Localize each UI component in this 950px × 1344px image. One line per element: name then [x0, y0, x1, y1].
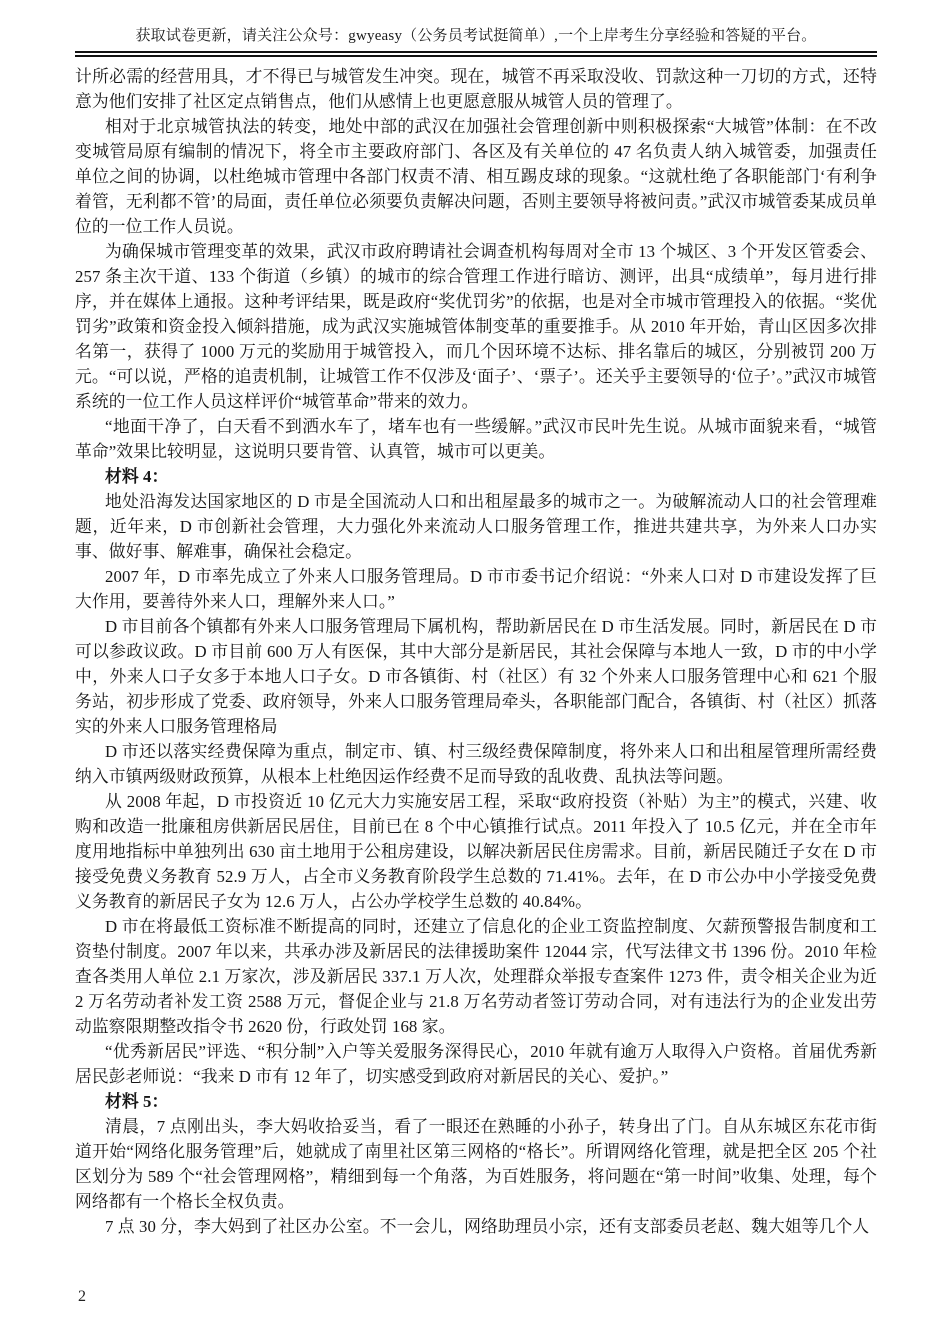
material-4-heading: 材料 4：: [75, 464, 877, 489]
paragraph-wuhan-assessment: 为确保城市管理变革的效果，武汉市政府聘请社会调查机构每周对全市 13 个城区、3…: [75, 239, 877, 414]
paragraph-dcity-funding: D 市还以落实经费保障为重点，制定市、镇、村三级经费保障制度，将外来人口和出租屋…: [75, 739, 877, 789]
document-page: 获取试卷更新，请关注公众号：gwyeasy（公务员考试挺简单）,一个上岸考生分享…: [0, 0, 950, 1344]
paragraph-wuhan-dachengguan: 相对于北京城管执法的转变，地处中部的武汉在加强社会管理创新中则积极探索“大城管”…: [75, 114, 877, 239]
header-notice: 获取试卷更新，请关注公众号：gwyeasy（公务员考试挺简单）,一个上岸考生分享…: [75, 26, 877, 51]
paragraph-dcity-new-residents: “优秀新居民”评选、“积分制”入户等关爱服务深得民心，2010 年就有逾万人取得…: [75, 1039, 877, 1089]
paragraph-community-office: 7 点 30 分，李大妈到了社区办公室。不一会儿，网络助理员小宗，还有支部委员老…: [75, 1214, 877, 1239]
page-body: 获取试卷更新，请关注公众号：gwyeasy（公务员考试挺简单）,一个上岸考生分享…: [75, 26, 877, 1239]
material-5-heading: 材料 5：: [75, 1089, 877, 1114]
paragraph-grid-management: 清晨，7 点刚出头，李大妈收拾妥当，看了一眼还在熟睡的小孙子，转身出了门。自从东…: [75, 1114, 877, 1214]
paragraph-dcity-2007-bureau: 2007 年，D 市率先成立了外来人口服务管理局。D 市市委书记介绍说：“外来人…: [75, 564, 877, 614]
paragraph-dcity-intro: 地处沿海发达国家地区的 D 市是全国流动人口和出租屋最多的城市之一。为破解流动人…: [75, 489, 877, 564]
paragraph-dcity-wages: D 市在将最低工资标准不断提高的同时，还建立了信息化的企业工资监控制度、欠薪预警…: [75, 914, 877, 1039]
paragraph-dcity-housing: 从 2008 年起，D 市投资近 10 亿元大力实施安居工程，采取“政府投资（补…: [75, 789, 877, 914]
paragraph-citizen-comment: “地面干净了，白天看不到洒水车了，堵车也有一些缓解。”武汉市民叶先生说。从城市面…: [75, 414, 877, 464]
document-content: 计所必需的经营用具，才不得已与城管发生冲突。现在，城管不再采取没收、罚款这种一刀…: [75, 64, 877, 1239]
page-number: 2: [78, 1288, 86, 1306]
paragraph-dcity-services: D 市目前各个镇都有外来人口服务管理局下属机构，帮助新居民在 D 市生活发展。同…: [75, 614, 877, 739]
header-divider-rule: [75, 51, 877, 57]
paragraph-continuation: 计所必需的经营用具，才不得已与城管发生冲突。现在，城管不再采取没收、罚款这种一刀…: [75, 64, 877, 114]
